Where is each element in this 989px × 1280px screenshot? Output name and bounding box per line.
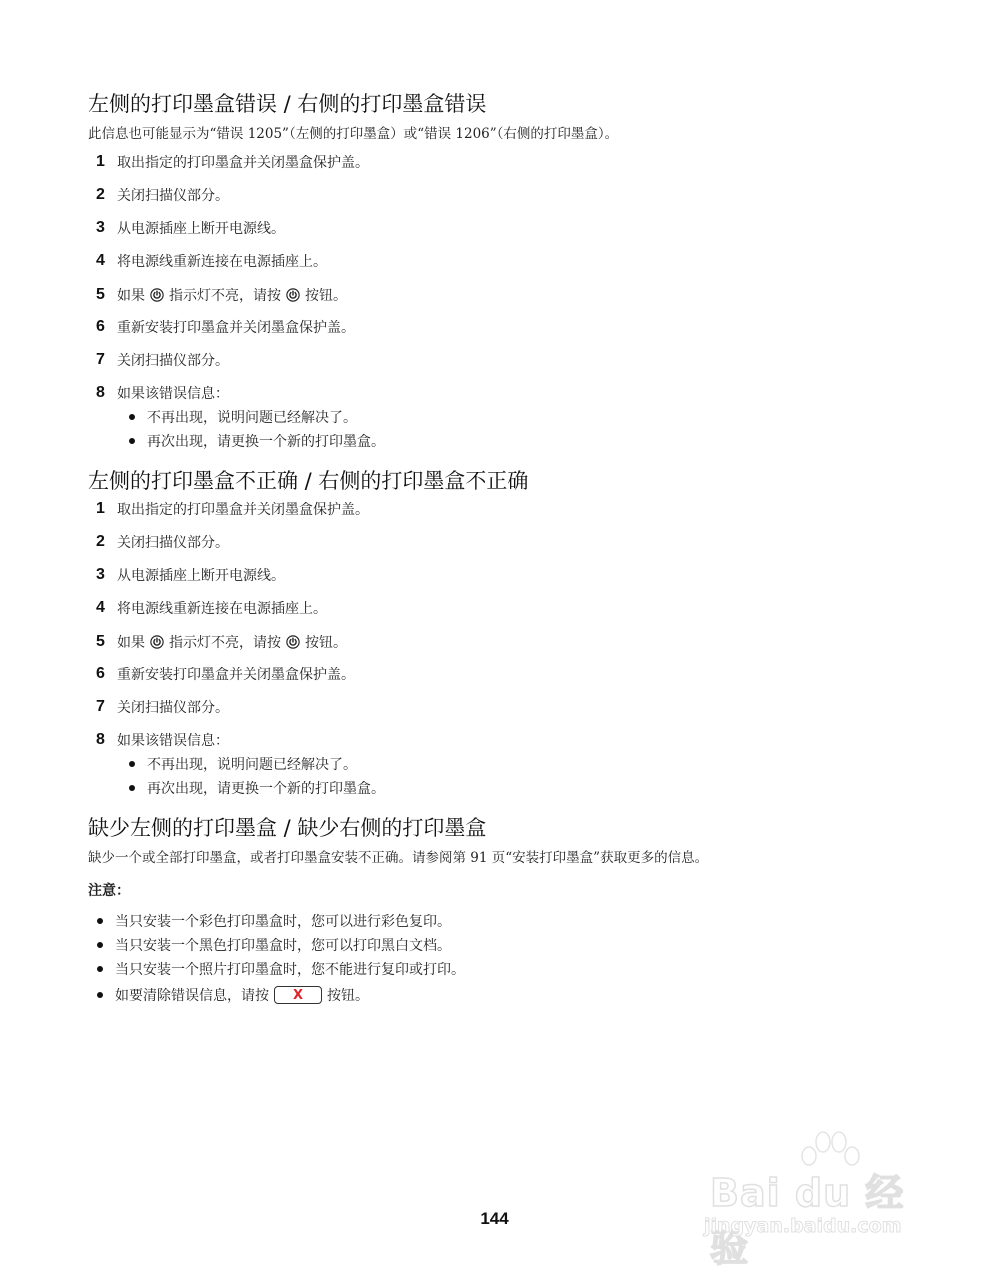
bullet-item: 再次出现，请更换一个新的打印墨盒。 xyxy=(129,778,385,798)
baidu-watermark: Bai du 经验 jingyan.baidu.com xyxy=(700,1130,940,1260)
step-text: 关闭扫描仪部分。 xyxy=(117,185,229,205)
bullet-item: 再次出现，请更换一个新的打印墨盒。 xyxy=(129,431,385,451)
bullet-item: 不再出现，说明问题已经解决了。 xyxy=(129,407,357,427)
step-number: 3 xyxy=(96,566,117,584)
bullet-dot xyxy=(97,992,103,998)
bullet-dot xyxy=(129,761,135,767)
step-number: 4 xyxy=(96,599,117,617)
note-text: 当只安装一个彩色打印墨盒时，您可以进行彩色复印。 xyxy=(115,911,451,931)
step-number: 2 xyxy=(96,186,117,204)
bullet-item: 不再出现，说明问题已经解决了。 xyxy=(129,754,357,774)
step-text-b: 指示灯不亮，请按 xyxy=(169,285,281,305)
step-text-c: 按钮。 xyxy=(305,285,347,305)
step-number: 8 xyxy=(96,384,117,402)
step-text: 重新安装打印墨盒并关闭墨盒保护盖。 xyxy=(117,317,355,337)
note-label: 注意： xyxy=(88,880,130,900)
step-text: 关闭扫描仪部分。 xyxy=(117,350,229,370)
step-2: 2关闭扫描仪部分。 xyxy=(96,185,229,205)
step-text-a: 如果 xyxy=(117,632,145,652)
step-3: 3从电源插座上断开电源线。 xyxy=(96,565,285,585)
step-number: 7 xyxy=(96,351,117,369)
bullet-text: 不再出现，说明问题已经解决了。 xyxy=(147,754,357,774)
bullet-text: 再次出现，请更换一个新的打印墨盒。 xyxy=(147,431,385,451)
step-text: 如果该错误信息： xyxy=(117,730,229,750)
bullet-text: 不再出现，说明问题已经解决了。 xyxy=(147,407,357,427)
bullet-dot xyxy=(129,785,135,791)
note-text: 当只安装一个黑色打印墨盒时，您可以打印黑白文档。 xyxy=(115,935,451,955)
section-title-missing-cartridge: 缺少左侧的打印墨盒 / 缺少右侧的打印墨盒 xyxy=(88,812,486,842)
step-1: 1取出指定的打印墨盒并关闭墨盒保护盖。 xyxy=(96,499,369,519)
step-number: 8 xyxy=(96,731,117,749)
step-text: 关闭扫描仪部分。 xyxy=(117,697,229,717)
step-2: 2关闭扫描仪部分。 xyxy=(96,532,229,552)
note-item: 当只安装一个黑色打印墨盒时，您可以打印黑白文档。 xyxy=(97,935,451,955)
step-1: 1取出指定的打印墨盒并关闭墨盒保护盖。 xyxy=(96,152,369,172)
power-icon xyxy=(286,288,300,302)
bullet-dot xyxy=(97,942,103,948)
step-number: 5 xyxy=(96,286,117,304)
step-number: 1 xyxy=(96,153,117,171)
step-4: 4将电源线重新连接在电源插座上。 xyxy=(96,598,327,618)
note-text-a: 如要清除错误信息，请按 xyxy=(115,985,269,1005)
step-text-b: 指示灯不亮，请按 xyxy=(169,632,281,652)
step-3: 3从电源插座上断开电源线。 xyxy=(96,218,285,238)
step-text: 从电源插座上断开电源线。 xyxy=(117,218,285,238)
step-text: 重新安装打印墨盒并关闭墨盒保护盖。 xyxy=(117,664,355,684)
step-number: 3 xyxy=(96,219,117,237)
step-5: 5 如果 指示灯不亮，请按 按钮。 xyxy=(96,632,347,652)
note-item: 当只安装一个照片打印墨盒时，您不能进行复印或打印。 xyxy=(97,959,465,979)
step-text: 从电源插座上断开电源线。 xyxy=(117,565,285,585)
bullet-dot xyxy=(129,438,135,444)
step-text: 取出指定的打印墨盒并关闭墨盒保护盖。 xyxy=(117,499,369,519)
step-8: 8如果该错误信息： xyxy=(96,730,229,750)
step-4: 4将电源线重新连接在电源插座上。 xyxy=(96,251,327,271)
document-page: 左侧的打印墨盒错误 / 右侧的打印墨盒错误 此信息也可能显示为“错误 1205”… xyxy=(0,0,989,1280)
step-text-a: 如果 xyxy=(117,285,145,305)
step-8: 8如果该错误信息： xyxy=(96,383,229,403)
step-6: 6重新安装打印墨盒并关闭墨盒保护盖。 xyxy=(96,317,355,337)
step-text-c: 按钮。 xyxy=(305,632,347,652)
cancel-x-button-icon: X xyxy=(274,986,322,1004)
step-5: 5 如果 指示灯不亮，请按 按钮。 xyxy=(96,285,347,305)
power-icon xyxy=(150,288,164,302)
page-number: 144 xyxy=(0,1209,989,1229)
note-text-b: 按钮。 xyxy=(327,985,369,1005)
step-number: 4 xyxy=(96,252,117,270)
note-item: 当只安装一个彩色打印墨盒时，您可以进行彩色复印。 xyxy=(97,911,451,931)
bullet-dot xyxy=(97,918,103,924)
step-7: 7关闭扫描仪部分。 xyxy=(96,350,229,370)
step-number: 6 xyxy=(96,665,117,683)
note-text: 当只安装一个照片打印墨盒时，您不能进行复印或打印。 xyxy=(115,959,465,979)
step-text: 将电源线重新连接在电源插座上。 xyxy=(117,598,327,618)
section-intro: 此信息也可能显示为“错误 1205”（左侧的打印墨盒）或“错误 1206”（右侧… xyxy=(88,122,618,142)
section-title-cartridge-error: 左侧的打印墨盒错误 / 右侧的打印墨盒错误 xyxy=(88,88,486,118)
power-icon xyxy=(286,635,300,649)
step-number: 5 xyxy=(96,633,117,651)
power-icon xyxy=(150,635,164,649)
step-number: 7 xyxy=(96,698,117,716)
step-number: 2 xyxy=(96,533,117,551)
step-text: 取出指定的打印墨盒并关闭墨盒保护盖。 xyxy=(117,152,369,172)
bullet-text: 再次出现，请更换一个新的打印墨盒。 xyxy=(147,778,385,798)
step-text: 如果该错误信息： xyxy=(117,383,229,403)
step-text: 关闭扫描仪部分。 xyxy=(117,532,229,552)
step-6: 6重新安装打印墨盒并关闭墨盒保护盖。 xyxy=(96,664,355,684)
bullet-dot xyxy=(129,414,135,420)
section-intro: 缺少一个或全部打印墨盒，或者打印墨盒安装不正确。请参阅第 91 页“安装打印墨盒… xyxy=(88,846,708,866)
step-text: 将电源线重新连接在电源插座上。 xyxy=(117,251,327,271)
note-item: 如要清除错误信息，请按 X 按钮。 xyxy=(97,985,369,1005)
bullet-dot xyxy=(97,966,103,972)
step-number: 6 xyxy=(96,318,117,336)
section-title-cartridge-incorrect: 左侧的打印墨盒不正确 / 右侧的打印墨盒不正确 xyxy=(88,465,528,495)
step-number: 1 xyxy=(96,500,117,518)
step-7: 7关闭扫描仪部分。 xyxy=(96,697,229,717)
